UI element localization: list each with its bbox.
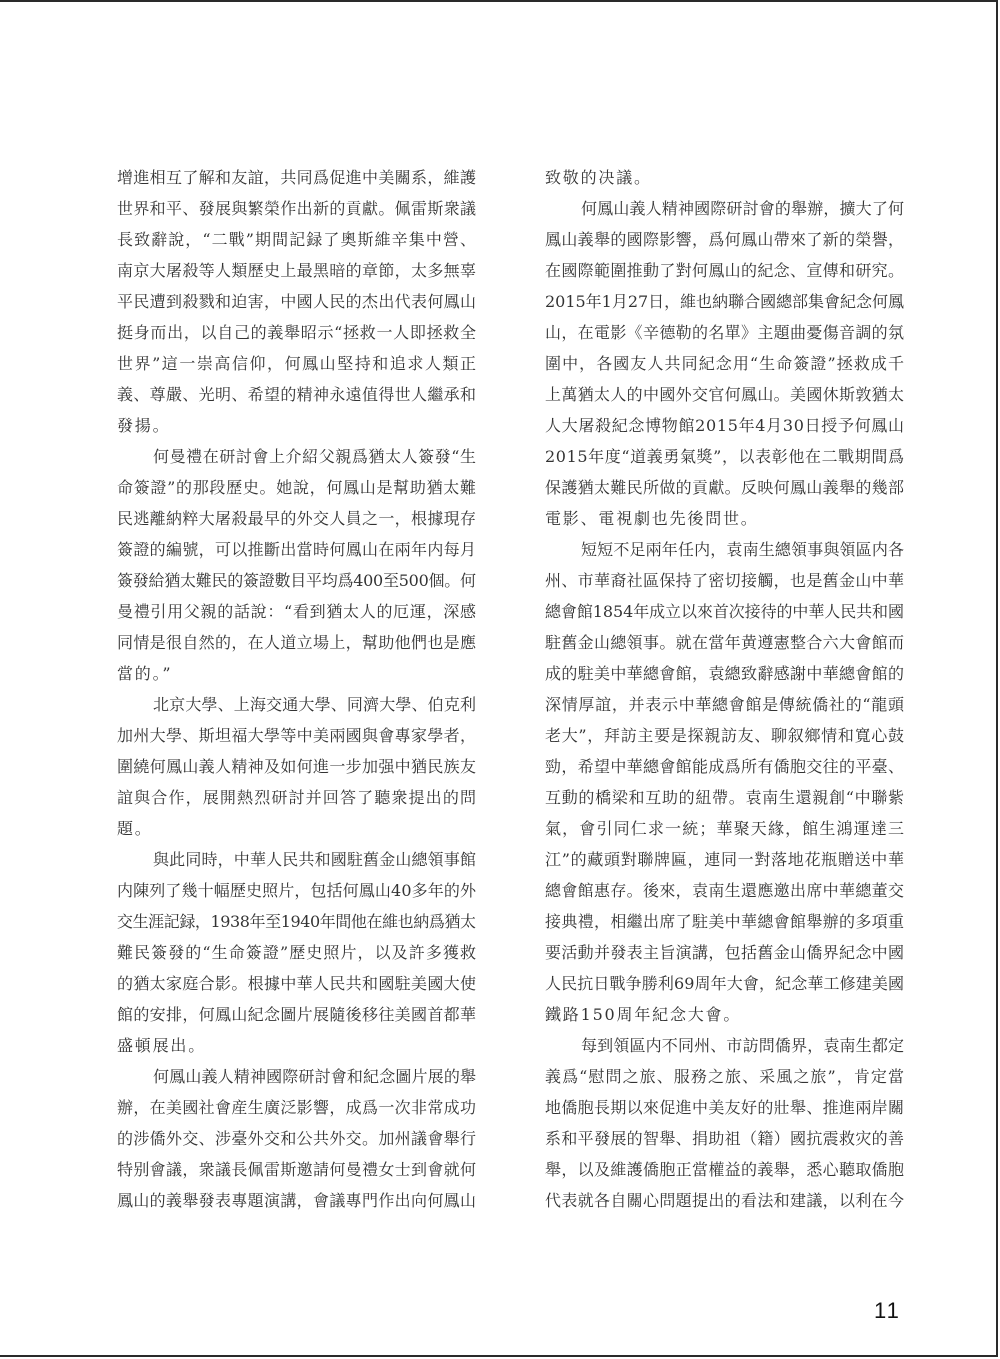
text-line: 内陳列了幾十幅歷史照片，包括何鳳山40多年的外 <box>117 878 476 909</box>
text-line: 簽發給猶太難民的簽證數目平均爲400至500個。何 <box>117 568 476 599</box>
text-line: 難民簽發的“生命簽證”歷史照片，以及許多獲救 <box>117 940 476 971</box>
text-line: 盛頓展出。 <box>117 1033 476 1064</box>
text-line: 世界和平、發展與繁榮作出新的貢獻。佩雷斯衆議 <box>117 196 476 227</box>
left-text-column: 增進相互了解和友誼，共同爲促進中美關系，維護世界和平、發展與繁榮作出新的貢獻。佩… <box>117 165 476 1219</box>
text-line: 當的。” <box>117 661 476 692</box>
text-line: 義爲“慰問之旅、服務之旅、采風之旅”，肯定當 <box>545 1064 904 1095</box>
text-line: 電影、電視劇也先後問世。 <box>545 506 904 537</box>
text-line: 總會館1854年成立以來首次接待的中華人民共和國 <box>545 599 904 630</box>
text-line: 成的駐美中華總會館，袁總致辭感謝中華總會館的 <box>545 661 904 692</box>
text-line: 鳳山的義舉發表專題演講，會議專門作出向何鳳山 <box>117 1188 476 1219</box>
text-line: 鐵路150周年紀念大會。 <box>545 1002 904 1033</box>
text-line: 的猶太家庭合影。根據中華人民共和國駐美國大使 <box>117 971 476 1002</box>
text-line: 地僑胞長期以來促進中美友好的壯舉、推進兩岸關 <box>545 1095 904 1126</box>
text-line: 增進相互了解和友誼，共同爲促進中美關系，維護 <box>117 165 476 196</box>
text-line: 館的安排，何鳳山紀念圖片展隨後移往美國首都華 <box>117 1002 476 1033</box>
text-line: 山，在電影《辛德勒的名單》主題曲憂傷音調的氛 <box>545 320 904 351</box>
text-line: 北京大學、上海交通大學、同濟大學、伯克利 <box>117 692 476 723</box>
text-line: 互動的橋梁和互助的紐帶。袁南生還親創“中聯紫 <box>545 785 904 816</box>
text-line: 致敬的决議。 <box>545 165 904 196</box>
text-line: 同情是很自然的，在人道立場上，幫助他們也是應 <box>117 630 476 661</box>
text-line: 何鳳山義人精神國際研討會的舉辦，擴大了何 <box>545 196 904 227</box>
text-line: 保護猶太難民所做的貢獻。反映何鳳山義舉的幾部 <box>545 475 904 506</box>
text-line: 長致辭說，“二戰”期間記録了奧斯維辛集中營、 <box>117 227 476 258</box>
text-line: 短短不足兩年任内，袁南生總領事與領區内各 <box>545 537 904 568</box>
text-line: 誼與合作，展開熱烈研討并回答了聽衆提出的問 <box>117 785 476 816</box>
text-line: 曼禮引用父親的話說：“看到猶太人的厄運，深感 <box>117 599 476 630</box>
text-line: 何鳳山義人精神國際研討會和紀念圖片展的舉 <box>117 1064 476 1095</box>
text-line: 特别會議，衆議長佩雷斯邀請何曼禮女士到會就何 <box>117 1157 476 1188</box>
right-text-column: 致敬的决議。何鳳山義人精神國際研討會的舉辦，擴大了何鳳山義舉的國際影響，爲何鳳山… <box>545 165 904 1219</box>
text-line: 老大”，拜訪主要是探親訪友、聊叙鄉情和寬心鼓 <box>545 723 904 754</box>
text-line: 簽證的編號，可以推斷出當時何鳳山在兩年内每月 <box>117 537 476 568</box>
text-line: 系和平發展的智舉、捐助祖（籍）國抗震救灾的善 <box>545 1126 904 1157</box>
text-line: 鳳山義舉的國際影響，爲何鳳山帶來了新的榮譽， <box>545 227 904 258</box>
page-number: 11 <box>874 1298 901 1324</box>
text-line: 南京大屠殺等人類歷史上最黑暗的章節，太多無辜 <box>117 258 476 289</box>
text-line: 命簽證”的那段歷史。她說，何鳳山是幫助猶太難 <box>117 475 476 506</box>
text-line: 要活動并發表主旨演講，包括舊金山僑界紀念中國 <box>545 940 904 971</box>
text-line: 總會館惠存。後來，袁南生還應邀出席中華總董交 <box>545 878 904 909</box>
text-line: 與此同時，中華人民共和國駐舊金山總領事館 <box>117 847 476 878</box>
text-line: 州、市華裔社區保持了密切接觸，也是舊金山中華 <box>545 568 904 599</box>
text-line: 平民遭到殺戮和迫害，中國人民的杰出代表何鳳山 <box>117 289 476 320</box>
text-line: 2015年度“道義勇氣獎”，以表彰他在二戰期間爲 <box>545 444 904 475</box>
text-line: 加州大學、斯坦福大學等中美兩國與會專家學者， <box>117 723 476 754</box>
text-line: 江”的藏頭對聯牌匾，連同一對落地花瓶贈送中華 <box>545 847 904 878</box>
text-line: 的涉僑外交、涉臺外交和公共外交。加州議會舉行 <box>117 1126 476 1157</box>
text-line: 2015年1月27日，維也納聯合國總部集會紀念何鳳 <box>545 289 904 320</box>
text-line: 每到領區内不同州、市訪問僑界，袁南生都定 <box>545 1033 904 1064</box>
text-line: 世界”這一崇高信仰，何鳳山堅持和追求人類正 <box>117 351 476 382</box>
document-page: 增進相互了解和友誼，共同爲促進中美關系，維護世界和平、發展與繁榮作出新的貢獻。佩… <box>0 0 998 1357</box>
text-line: 駐舊金山總領事。就在當年黄遵憲整合六大會館而 <box>545 630 904 661</box>
text-line: 何曼禮在研討會上介紹父親爲猶太人簽發“生 <box>117 444 476 475</box>
text-line: 人大屠殺紀念博物館2015年4月30日授予何鳳山 <box>545 413 904 444</box>
text-line: 在國際範圍推動了對何鳳山的紀念、宣傳和研究。 <box>545 258 904 289</box>
text-line: 深情厚誼，并表示中華總會館是傳統僑社的“龍頭 <box>545 692 904 723</box>
text-line: 人民抗日戰争勝利69周年大會，紀念華工修建美國 <box>545 971 904 1002</box>
text-line: 題。 <box>117 816 476 847</box>
text-line: 氣，會引同仁求一統；華聚天緣，館生鴻運達三 <box>545 816 904 847</box>
text-line: 舉，以及維護僑胞正當權益的義舉，悉心聽取僑胞 <box>545 1157 904 1188</box>
text-line: 接典禮，相繼出席了駐美中華總會館舉辦的多項重 <box>545 909 904 940</box>
text-line: 勁，希望中華總會館能成爲所有僑胞交往的平臺、 <box>545 754 904 785</box>
text-line: 義、尊嚴、光明、希望的精神永遠值得世人繼承和 <box>117 382 476 413</box>
text-line: 民逃離納粹大屠殺最早的外交人員之一，根據現存 <box>117 506 476 537</box>
text-line: 圍繞何鳳山義人精神及如何進一步加强中猶民族友 <box>117 754 476 785</box>
text-line: 發揚。 <box>117 413 476 444</box>
text-line: 挺身而出，以自己的義舉昭示“拯救一人即拯救全 <box>117 320 476 351</box>
text-line: 圍中，各國友人共同紀念用“生命簽證”拯救成千 <box>545 351 904 382</box>
text-line: 辦，在美國社會産生廣泛影響，成爲一次非常成功 <box>117 1095 476 1126</box>
text-line: 上萬猶太人的中國外交官何鳳山。美國休斯敦猶太 <box>545 382 904 413</box>
text-line: 交生涯記録，1938年至1940年間他在維也納爲猶太 <box>117 909 476 940</box>
text-line: 代表就各自關心問題提出的看法和建議，以利在今 <box>545 1188 904 1219</box>
